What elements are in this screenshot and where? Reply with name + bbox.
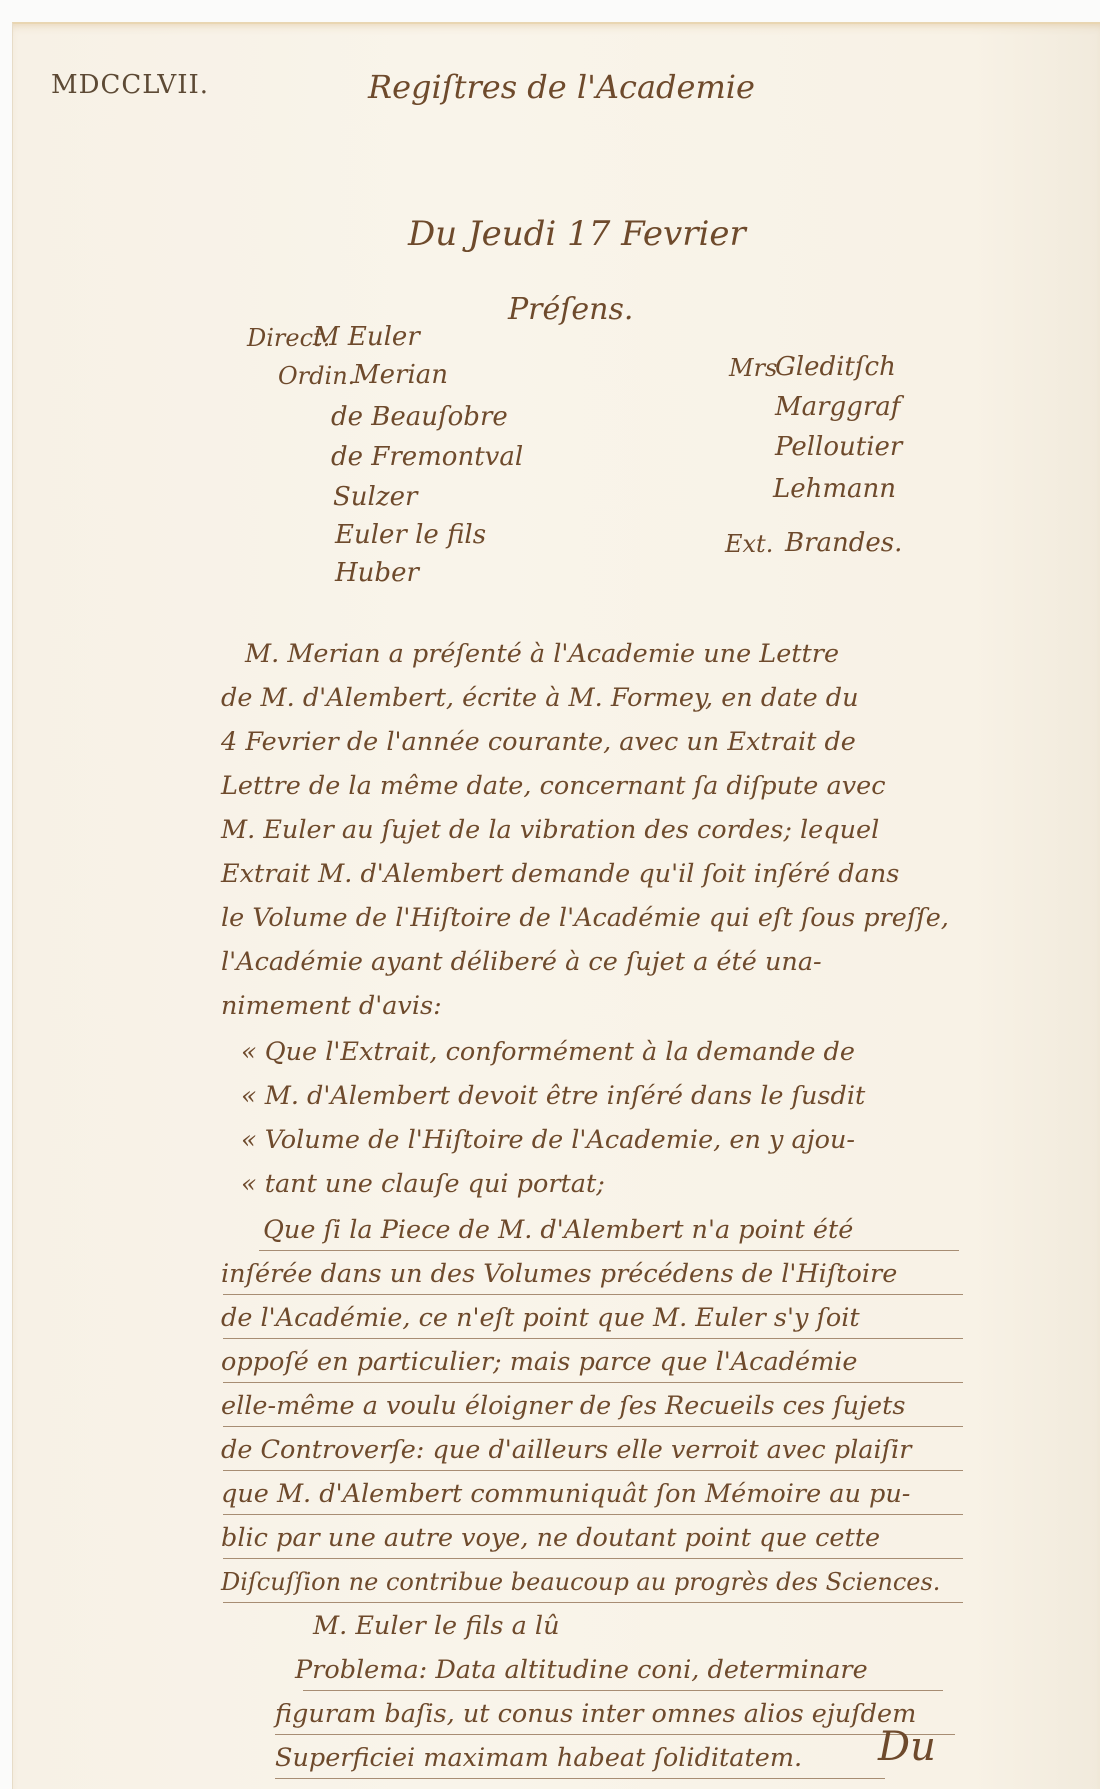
underline: [223, 1514, 963, 1515]
role-extraordinary: Ext.: [725, 530, 773, 558]
text-line: Lettre de la même date, concernant ſa di…: [221, 764, 885, 809]
attendee-name: Gleditſch: [775, 352, 896, 382]
attendee-name: Sulzer: [333, 482, 417, 512]
year-margin-note: MDCCLVII.: [51, 70, 209, 100]
text-line: que M. d'Alembert communiquât ſon Mémoir…: [221, 1472, 910, 1517]
text-line: oppoſé en particulier; mais parce que l'…: [221, 1340, 858, 1385]
attendee-name: Lehmann: [773, 474, 896, 504]
catchword-signature: Du: [878, 1724, 936, 1770]
text-line: « M. d'Alembert devoit être inſéré dans …: [241, 1074, 865, 1119]
underline: [223, 1426, 963, 1427]
text-line: blic par une autre voye, ne doutant poin…: [221, 1516, 880, 1561]
underline: [259, 1250, 959, 1251]
text-line: de l'Académie, ce n'eſt point que M. Eul…: [221, 1296, 860, 1341]
text-line: Problema: Data altitudine coni, determin…: [295, 1648, 868, 1693]
underline: [223, 1558, 963, 1559]
register-title: Regiſtres de l'Academie: [368, 68, 755, 106]
underline: [223, 1602, 963, 1603]
text-line: 4 Fevrier de l'année courante, avec un E…: [221, 720, 856, 765]
attendee-name: Huber: [335, 558, 419, 588]
text-line: Extrait M. d'Alembert demande qu'il ſoit…: [221, 852, 899, 897]
text-line: M. Euler au ſujet de la vibration des co…: [221, 808, 879, 853]
attendee-name: Merian: [353, 360, 448, 390]
attendee-name: Brandes.: [785, 528, 902, 558]
attendee-name: de Fremontval: [331, 442, 523, 472]
text-line: « tant une clauſe qui portat;: [241, 1162, 605, 1207]
underline: [275, 1778, 885, 1779]
text-line: nimement d'avis:: [221, 984, 442, 1029]
text-line: Diſcuſſion ne contribue beaucoup au prog…: [221, 1560, 940, 1605]
text-line: figuram baſis, ut conus inter omnes alio…: [275, 1692, 916, 1737]
text-line: « Que l'Extrait, conformément à la deman…: [241, 1030, 855, 1075]
manuscript-page: MDCCLVII. Regiſtres de l'Academie Du Jeu…: [12, 22, 1100, 1789]
underline: [223, 1338, 963, 1339]
text-line: le Volume de l'Hiſtoire de l'Académie qu…: [221, 896, 949, 941]
text-line: l'Académie ayant déliberé à ce ſujet a é…: [221, 940, 822, 985]
text-line: Que ſi la Piece de M. d'Alembert n'a poi…: [263, 1208, 853, 1253]
underline: [223, 1382, 963, 1383]
underline: [275, 1734, 955, 1735]
underline: [223, 1470, 963, 1471]
attendee-name: Marggraf: [775, 392, 900, 422]
reading-intro: M. Euler le fils a lû: [313, 1604, 560, 1649]
role-ordinary: Ordin.: [278, 362, 355, 390]
meeting-date: Du Jeudi 17 Fevrier: [408, 214, 746, 254]
text-line: inſérée dans un des Volumes précédens de…: [221, 1252, 897, 1297]
text-line: Superficiei maximam habeat ſoliditatem.: [275, 1736, 802, 1781]
role-members: Mrs: [729, 354, 777, 382]
attendee-name: de Beauſobre: [331, 402, 508, 432]
attendee-name: Pelloutier: [775, 432, 902, 462]
attendee-name: M Euler: [313, 322, 420, 352]
text-line: elle-même a voulu éloigner de ſes Recuei…: [221, 1384, 905, 1429]
text-line: M. Merian a préſenté à l'Academie une Le…: [245, 632, 839, 677]
text-line: de M. d'Alembert, écrite à M. Formey, en…: [221, 676, 859, 721]
present-heading: Préſens.: [508, 292, 633, 327]
attendee-name: Euler le fils: [335, 520, 486, 550]
underline: [223, 1294, 963, 1295]
underline: [303, 1690, 943, 1691]
text-line: de Controverſe: que d'ailleurs elle verr…: [221, 1428, 911, 1473]
text-line: « Volume de l'Hiſtoire de l'Academie, en…: [241, 1118, 855, 1163]
